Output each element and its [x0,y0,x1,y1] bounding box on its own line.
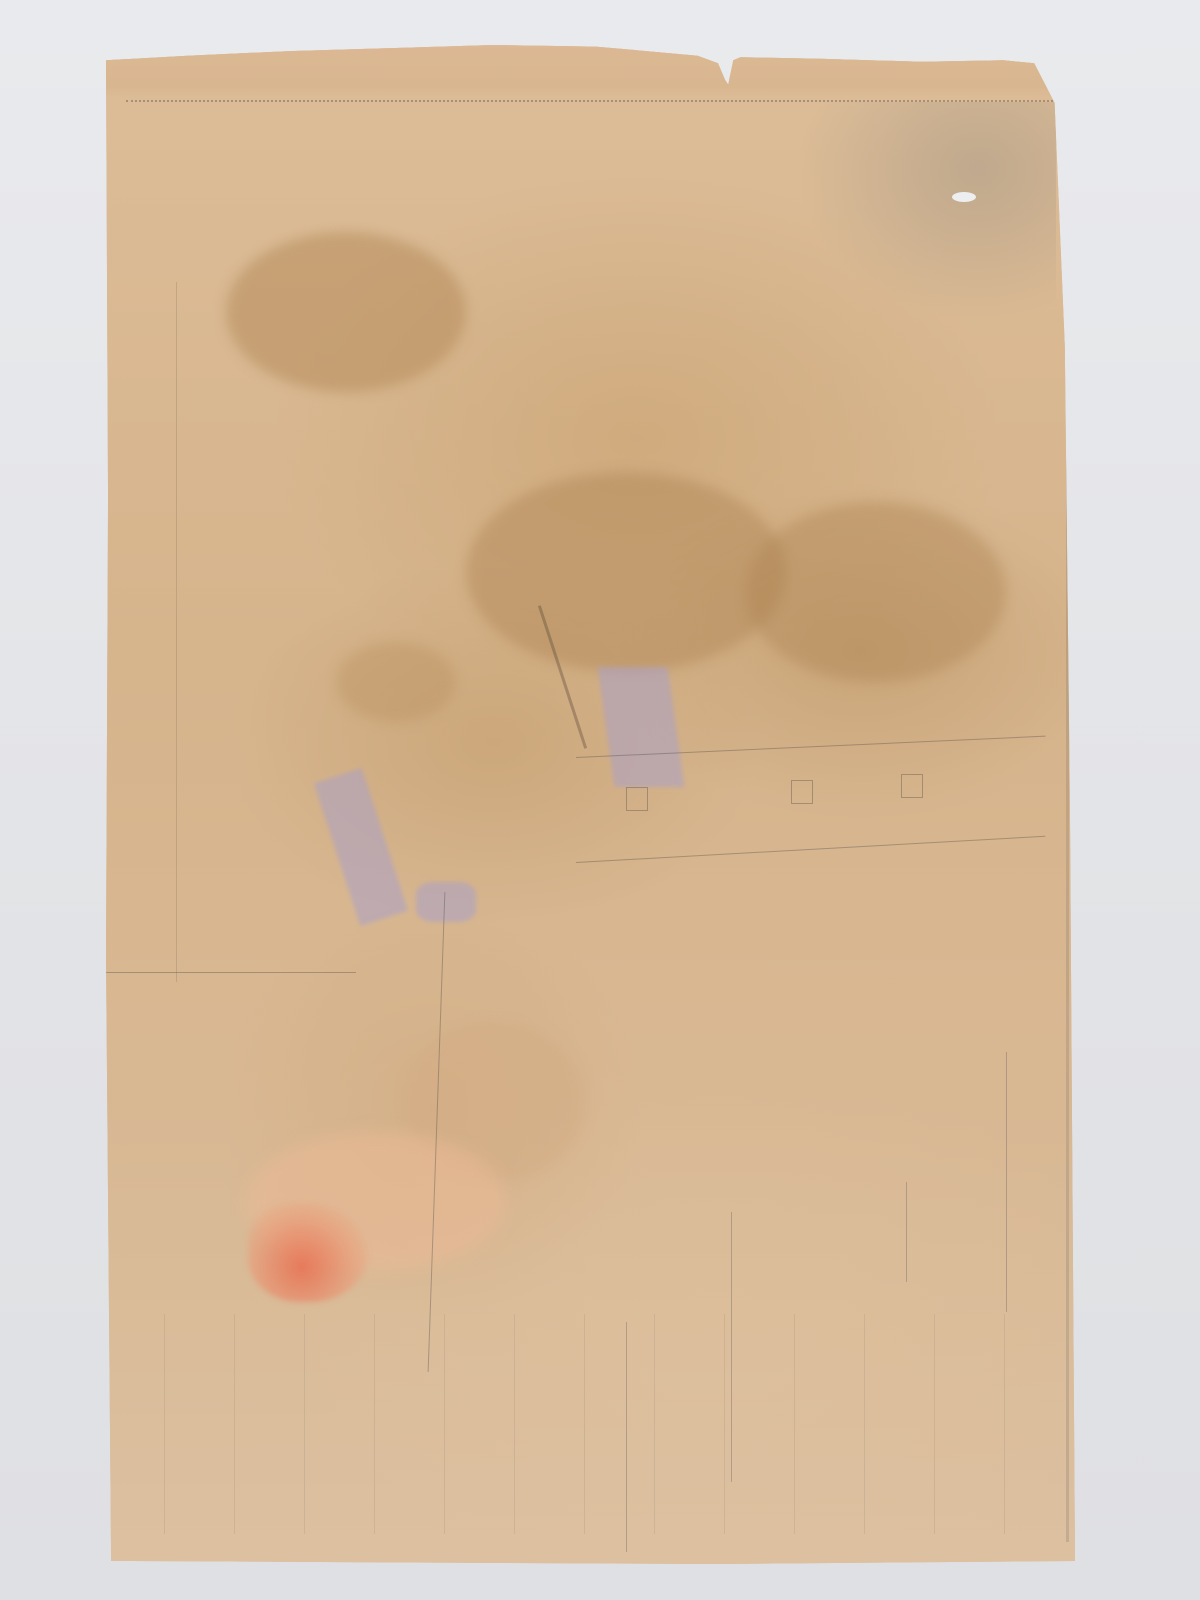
tree-trunk-outline [906,1182,907,1282]
printed-block-border [126,100,1069,1542]
tree-trunk-outline [731,1212,732,1482]
building-window [791,780,813,804]
red-pigment-patch [248,1202,368,1302]
foxing-stain [466,472,786,672]
vertical-ink-line [428,892,446,1372]
print-sheet-reverse [106,42,1126,1564]
purple-flag-pigment [598,667,685,787]
horizon-line [106,972,356,973]
building-window [626,787,648,811]
foxing-stain [406,1022,586,1182]
purple-pigment-stroke [416,882,476,922]
building-window [901,774,923,798]
vertical-caption-showthrough [1030,1102,1048,1522]
tree-trunk-outline [1006,1052,1007,1312]
peach-pigment-patch [246,1132,506,1272]
foxing-stain [336,642,456,722]
flagpole-line [538,605,587,749]
building-baseline [576,836,1045,863]
paper-texture [106,42,1126,1564]
grey-ink-showthrough [796,102,1056,322]
vertical-ink-line [176,282,177,982]
grass-strokes [126,1314,1046,1534]
purple-pigment-stroke [314,768,408,926]
foxing-stain [746,502,1006,682]
building-roofline [576,736,1046,758]
paper-hole [952,192,976,202]
foxing-stain [226,232,466,392]
tree-trunk-outline [626,1322,627,1552]
